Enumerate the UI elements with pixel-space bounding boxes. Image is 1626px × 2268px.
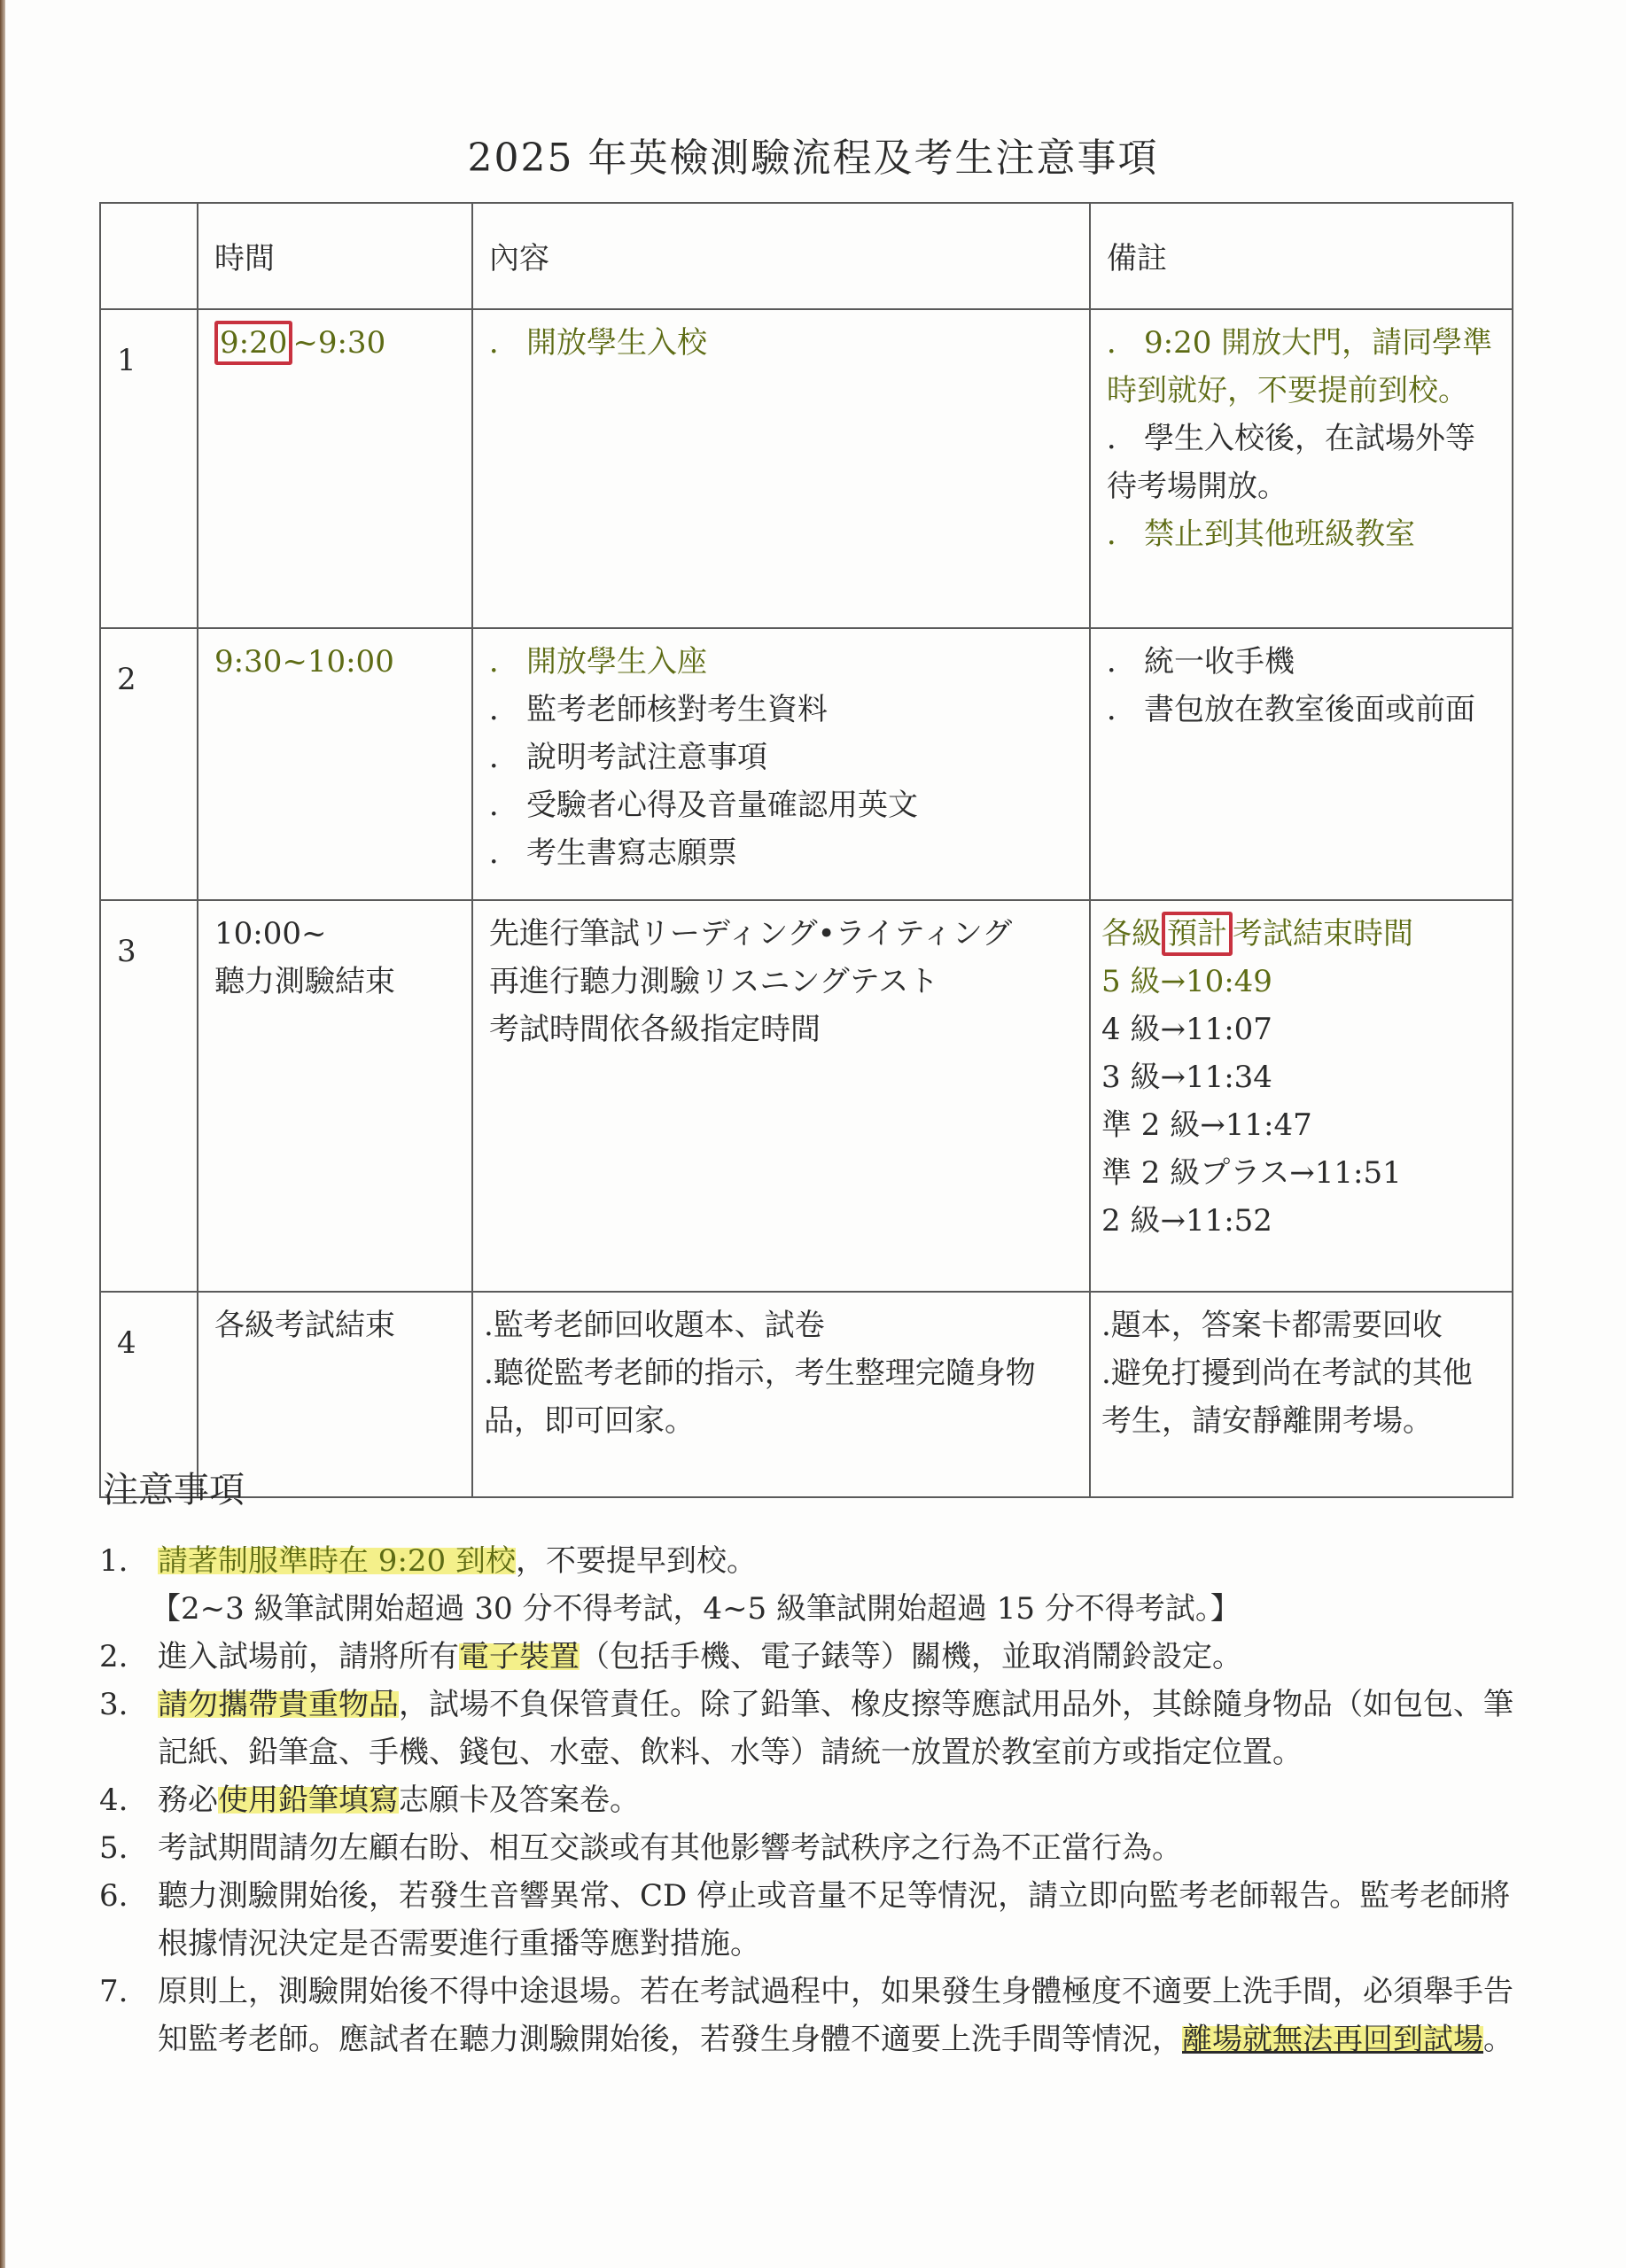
note-item: 禁止到其他班級教室 [1107, 510, 1496, 558]
red-box-annotation: 預計 [1162, 912, 1233, 956]
header-time: 時間 [198, 203, 472, 309]
content-item: 說明考試注意事項 [489, 734, 1073, 781]
notes-sub-text: 【2~3 級筆試開始超過 30 分不得考試，4~5 級筆試開始超過 15 分不得… [151, 1585, 1517, 1633]
table-row: 3 10:00~ 聽力測驗結束 先進行筆試リーディング•ライティング 再進行聽力… [100, 900, 1513, 1292]
notes-item: 5. 考試期間請勿左顧右盼、相互交談或有其他影響考試秩序之行為不正當行為。 [99, 1824, 1517, 1872]
header-notes: 備註 [1090, 203, 1513, 309]
row-number: 3 [100, 900, 198, 1292]
content-item: 開放學生入座 [489, 638, 1073, 686]
note-item: .避免打擾到尚在考試的其他考生，請安靜離開考場。 [1101, 1349, 1496, 1445]
row-notes: 9:20 開放大門，請同學準時到就好，不要提前到校。 學生入校後，在試場外等待考… [1090, 309, 1513, 628]
end-time-item: 準 2 級プラス→11:51 [1101, 1149, 1496, 1197]
row-notes: .題本，答案卡都需要回收 .避免打擾到尚在考試的其他考生，請安靜離開考場。 [1090, 1292, 1513, 1497]
note-item: 學生入校後，在試場外等待考場開放。 [1107, 415, 1496, 510]
red-box-annotation: 9:20 [214, 321, 292, 365]
notes-section-title: 注意事項 [103, 1462, 245, 1512]
notes-item: 3. 請勿攜帶貴重物品，試場不負保管責任。除了鉛筆、橡皮擦等應試用品外，其餘隨身… [99, 1681, 1517, 1776]
exam-schedule-table: 時間 內容 備註 1 9:20~9:30 開放學生入校 9:20 開放大門，請同… [99, 202, 1513, 1498]
notes-list: 1. 請著制服準時在 9:20 到校，不要提早到校。 【2~3 級筆試開始超過 … [99, 1537, 1517, 2063]
content-item: 再進行聽力測驗リスニングテスト [489, 958, 1073, 1006]
end-time-item: 4 級→11:07 [1101, 1006, 1496, 1053]
end-time-item: 2 級→11:52 [1101, 1197, 1496, 1245]
row-content: 先進行筆試リーディング•ライティング 再進行聽力測驗リスニングテスト 考試時間依… [472, 900, 1090, 1292]
table-row: 4 各級考試結束 .監考老師回收題本、試卷 .聽從監考老師的指示，考生整理完隨身… [100, 1292, 1513, 1497]
end-time-item: 3 級→11:34 [1101, 1053, 1496, 1101]
highlighted-text: 使用鉛筆填寫 [218, 1783, 399, 1818]
highlighted-text: 請著制服準時在 9:20 到校 [158, 1543, 516, 1579]
header-no [100, 203, 198, 309]
end-time-item: 5 級→10:49 [1101, 958, 1496, 1006]
table-row: 1 9:20~9:30 開放學生入校 9:20 開放大門，請同學準時到就好，不要… [100, 309, 1513, 628]
content-item: 受驗者心得及音量確認用英文 [489, 781, 1073, 829]
content-item: 考試時間依各級指定時間 [489, 1006, 1073, 1053]
notes-item: 2. 進入試場前，請將所有電子裝置（包括手機、電子錶等）關機，並取消鬧鈴設定。 [99, 1633, 1517, 1681]
row-number: 1 [100, 309, 198, 628]
highlighted-text: 電子裝置 [459, 1639, 580, 1674]
highlighted-text: 請勿攜帶貴重物品 [158, 1687, 399, 1722]
row-notes: 各級預計考試結束時間 5 級→10:49 4 級→11:07 3 級→11:34… [1090, 900, 1513, 1292]
content-item: .聽從監考老師的指示，考生整理完隨身物品，即可回家。 [484, 1349, 1073, 1445]
content-item: .監考老師回收題本、試卷 [484, 1301, 1073, 1349]
content-item: 先進行筆試リーディング•ライティング [489, 910, 1073, 958]
row-content: 開放學生入校 [472, 309, 1090, 628]
content-item: 監考老師核對考生資料 [489, 686, 1073, 734]
row-time: 10:00~ 聽力測驗結束 [198, 900, 472, 1292]
highlighted-underlined-text: 離場就無法再回到試場 [1182, 2022, 1483, 2057]
table-header-row: 時間 內容 備註 [100, 203, 1513, 309]
note-item: .題本，答案卡都需要回收 [1101, 1301, 1496, 1349]
note-item: 9:20 開放大門，請同學準時到就好，不要提前到校。 [1107, 319, 1496, 415]
end-time-heading: 各級預計考試結束時間 [1101, 910, 1496, 958]
note-item: 書包放在教室後面或前面 [1107, 686, 1496, 734]
end-time-item: 準 2 級→11:47 [1101, 1101, 1496, 1149]
notes-item: 6. 聽力測驗開始後，若發生音響異常、CD 停止或音量不足等情況，請立即向監考老… [99, 1872, 1517, 1968]
header-content: 內容 [472, 203, 1090, 309]
row-time: 9:30~10:00 [198, 628, 472, 900]
notes-item: 7. 原則上，測驗開始後不得中途退場。若在考試過程中，如果發生身體極度不適要上洗… [99, 1968, 1517, 2063]
row-notes: 統一收手機 書包放在教室後面或前面 [1090, 628, 1513, 900]
row-content: .監考老師回收題本、試卷 .聽從監考老師的指示，考生整理完隨身物品，即可回家。 [472, 1292, 1090, 1497]
row-content: 開放學生入座 監考老師核對考生資料 說明考試注意事項 受驗者心得及音量確認用英文… [472, 628, 1090, 900]
notes-item: 1. 請著制服準時在 9:20 到校，不要提早到校。 【2~3 級筆試開始超過 … [99, 1537, 1517, 1633]
content-item: 考生書寫志願票 [489, 829, 1073, 877]
page-edge-shadow [0, 0, 5, 2268]
row-time: 9:20~9:30 [198, 309, 472, 628]
table-row: 2 9:30~10:00 開放學生入座 監考老師核對考生資料 說明考試注意事項 … [100, 628, 1513, 900]
note-item: 統一收手機 [1107, 638, 1496, 686]
content-item: 開放學生入校 [489, 319, 1073, 367]
page-title: 2025 年英檢測驗流程及考生注意事項 [0, 126, 1626, 183]
row-number: 2 [100, 628, 198, 900]
notes-item: 4. 務必使用鉛筆填寫志願卡及答案卷。 [99, 1776, 1517, 1824]
